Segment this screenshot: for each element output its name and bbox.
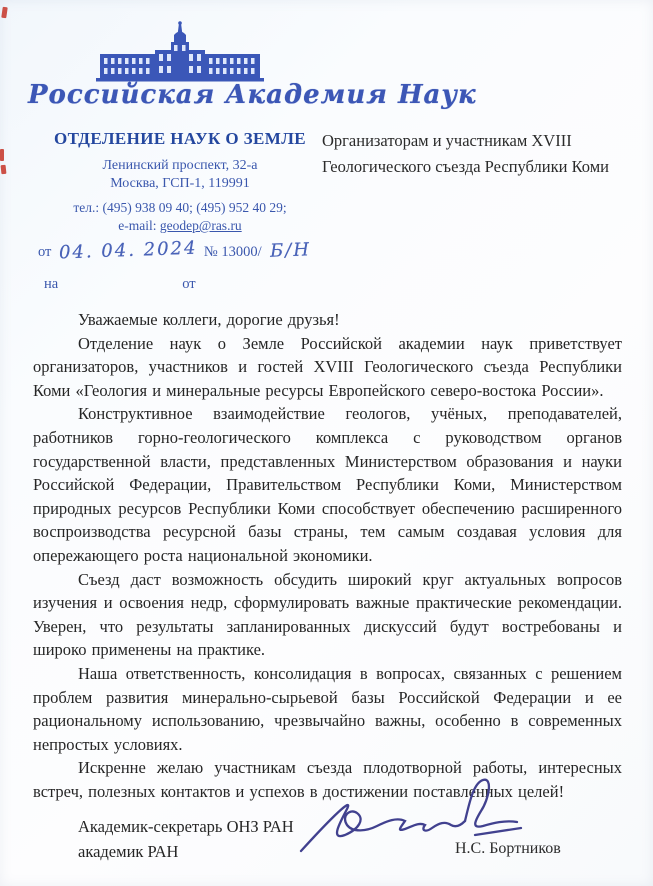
email-line: e-mail: geodep@ras.ru [28, 218, 332, 234]
scan-artifact [0, 149, 4, 161]
paragraph: Отделение наук о Земле Российской академ… [33, 332, 622, 403]
handwritten-number: Б/Н [269, 239, 311, 261]
signer-name: Н.С. Бортников [455, 840, 561, 858]
scanned-letter-page: Российская Академия Наук ОТДЕЛЕНИЕ НАУК … [0, 0, 653, 886]
salutation: Уважаемые коллеги, дорогие друзья! [33, 308, 622, 332]
email-link[interactable]: geodep@ras.ru [160, 218, 242, 233]
reply-from-label: от [182, 276, 195, 292]
number-label: № 13000/ [204, 244, 262, 261]
signer-position-line-1: Академик-секретарь ОНЗ РАН [78, 814, 294, 839]
email-label: e-mail: [118, 218, 160, 233]
from-label: от [38, 244, 51, 261]
reference-line-outgoing: от 04. 04. 2024 № 13000/ Б/Н [38, 240, 311, 261]
department-title: ОТДЕЛЕНИЕ НАУК О ЗЕМЛЕ [28, 129, 332, 149]
letter-body: Уважаемые коллеги, дорогие друзья! Отдел… [33, 308, 622, 803]
address-line-1: Ленинский проспект, 32-а [28, 158, 332, 174]
paragraph: Наша ответственность, консолидация в воп… [33, 662, 622, 756]
handwritten-date: 04. 04. 2024 [59, 238, 198, 264]
phone-line: тел.: (495) 938 09 40; (495) 952 40 29; [28, 200, 332, 216]
letterhead-department-block: ОТДЕЛЕНИЕ НАУК О ЗЕМЛЕ Ленинский проспек… [28, 129, 332, 234]
reference-line-reply: наот [44, 276, 196, 293]
signer-position-line-2: академик РАН [78, 839, 294, 864]
reply-on-label: на [44, 276, 58, 292]
paragraph: Конструктивное взаимодействие геологов, … [33, 402, 622, 567]
scan-artifact [1, 165, 7, 174]
signer-position-block: Академик-секретарь ОНЗ РАН академик РАН [78, 814, 294, 864]
academy-name-script: Российская Академия Наук [28, 80, 332, 110]
scan-artifact [1, 7, 7, 19]
recipient-block: Организаторам и участникам XVIII Геологи… [322, 128, 640, 180]
paragraph: Съезд даст возможность обсудить широкий … [33, 568, 622, 662]
letterhead-logo-block: Российская Академия Наук [28, 20, 332, 110]
ras-building-logo-icon [94, 20, 266, 84]
address-line-2: Москва, ГСП-1, 119991 [28, 176, 332, 192]
